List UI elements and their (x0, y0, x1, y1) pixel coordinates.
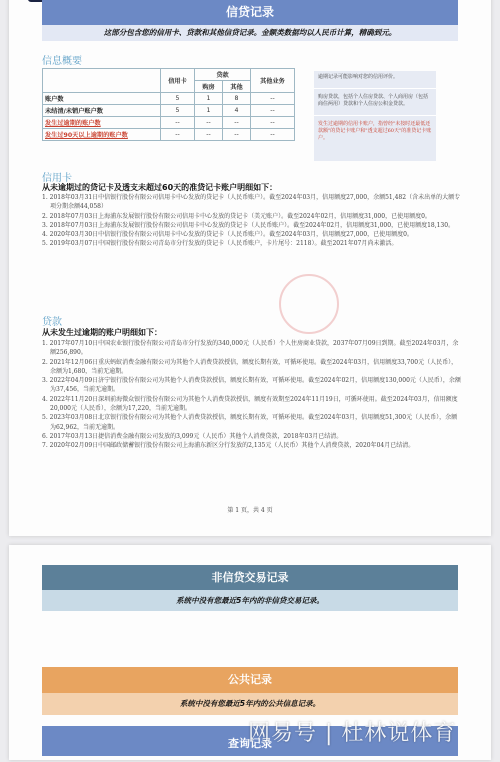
cell-other-business: -- (251, 93, 295, 105)
header-other-business: 其他业务 (251, 69, 295, 93)
divider (314, 88, 436, 89)
list-item: 6. 2017年03月13日捷信消费金融有限公司发放的3,099元（人民币）其他… (42, 432, 462, 441)
loan-heading: 贷款 (42, 313, 62, 328)
list-item: 1. 2018年03月31日中信银行股份有限公司信用卡中心发放的贷记卡（人民币账… (42, 193, 462, 212)
cell-credit-card: -- (161, 117, 195, 129)
loan-list: 1. 2017年07月10日中国农业银行股份有限公司青岛市分行发放的340,00… (42, 339, 462, 451)
cell-other-business: -- (251, 129, 295, 141)
header-housing: 购房 (195, 81, 223, 93)
non-credit-record-subtitle: 系统中没有您最近5年内的非信贷交易记录。 (42, 590, 458, 611)
table-row: 发生过90天以上逾期的账户数 -- -- -- -- (43, 129, 295, 141)
list-item: 2. 2018年07月03日上海浦东发展银行股份有限公司信用卡中心发放的贷记卡（… (42, 212, 462, 221)
note-overdue-card-definition: 发生过逾期的信用卡账户，指曾经"未按时还最低还款额"的贷记卡账户和"透支超过60… (318, 121, 432, 142)
list-item: 4. 2020年03月30日中信银行股份有限公司信用卡中心发放的贷记卡（人民币账… (42, 230, 462, 239)
loan-subheading: 从未发生过逾期的账户明细如下： (42, 327, 162, 338)
source-watermark: 网易号 | 杜林说体育 (248, 716, 456, 747)
credit-record-subtitle: 这部分包含您的信用卡、贷款和其他信贷记录。金额类数据均以人民币计算，精确到元。 (42, 25, 458, 41)
credit-card-list: 1. 2018年03月31日中信银行股份有限公司信用卡中心发放的贷记卡（人民币账… (42, 193, 462, 249)
public-record-title: 公共记录 (42, 667, 458, 693)
table-row: 发生过逾期的账户数 -- -- -- -- (43, 117, 295, 129)
overview-heading: 信息概要 (42, 52, 82, 67)
note-housing-loan: 购房贷款，包括个人住房贷款、个人商用房（包括商住两用）贷款和个人住房公积金贷款。 (318, 94, 432, 108)
cell-credit-card: -- (161, 129, 195, 141)
cell-credit-card: 5 (161, 105, 195, 117)
row-label-warning: 发生过90天以上逾期的账户数 (43, 129, 161, 141)
table-row: 账户数 5 1 8 -- (43, 93, 295, 105)
row-label: 未结清/未销户账户数 (43, 105, 161, 117)
header-loan: 贷款 (195, 69, 251, 81)
list-item: 7. 2020年02月09日中国邮政储蓄银行股份有限公司上海浦东新区分行发放的2… (42, 441, 462, 450)
cell-housing: -- (195, 129, 223, 141)
seal-watermark (279, 274, 339, 334)
overview-table: 信用卡 贷款 其他业务 购房 其他 账户数 5 1 8 -- 未结清/未销户账户… (42, 68, 295, 141)
cell-other: 8 (223, 93, 251, 105)
cell-other: -- (223, 129, 251, 141)
public-record-subtitle: 系统中没有您最近5年内的公共信息记录。 (42, 693, 458, 715)
list-item: 5. 2023年03月08日北京银行股份有限公司为其他个人消费贷款授信，额度长期… (42, 413, 462, 432)
cell-other: -- (223, 117, 251, 129)
list-item: 2. 2021年12月06日重庆蚂蚁消费金融有限公司为其他个人消费贷款授信，额度… (42, 358, 462, 377)
credit-record-title: 信贷记录 (42, 0, 458, 25)
list-item: 3. 2018年07月03日上海浦东发展银行股份有限公司信用卡中心发放的贷记卡（… (42, 221, 462, 230)
report-page-1: 信贷记录 这部分包含您的信用卡、贷款和其他信贷记录。金额类数据均以人民币计算，精… (9, 0, 491, 536)
table-row: 未结清/未销户账户数 5 1 4 -- (43, 105, 295, 117)
list-item: 1. 2017年07月10日中国农业银行股份有限公司青岛市分行发放的340,00… (42, 339, 462, 358)
cell-other: 4 (223, 105, 251, 117)
cell-other-business: -- (251, 117, 295, 129)
credit-card-subheading: 从未逾期过的贷记卡及透支未超过60天的准贷记卡账户明细如下： (42, 182, 277, 193)
divider (314, 115, 436, 116)
header-other: 其他 (223, 81, 251, 93)
row-label: 账户数 (43, 93, 161, 105)
list-item: 5. 2019年03月07日中国银行股份有限公司青岛市分行发放的贷记卡（人民币账… (42, 239, 462, 248)
overview-notes-panel: 逾期记录可能影响对您的信用评价。 购房贷款，包括个人住房贷款、个人商用房（包括商… (314, 71, 436, 161)
cell-other-business: -- (251, 105, 295, 117)
cell-housing: 1 (195, 105, 223, 117)
row-label-warning: 发生过逾期的账户数 (43, 117, 161, 129)
list-item: 3. 2022年04月09日济宁银行股份有限公司为其他个人消费贷款授信，额度长期… (42, 376, 462, 395)
cell-housing: 1 (195, 93, 223, 105)
note-overdue: 逾期记录可能影响对您的信用评价。 (318, 74, 432, 81)
cell-credit-card: 5 (161, 93, 195, 105)
header-credit-card: 信用卡 (161, 69, 195, 93)
non-credit-record-title: 非信贷交易记录 (42, 565, 458, 590)
list-item: 4. 2022年11月20日深圳前海微众银行股份有限公司为其他个人消费贷款授信，… (42, 395, 462, 414)
overview-header-blank (43, 69, 161, 93)
cell-housing: -- (195, 117, 223, 129)
page-number: 第 1 页，共 4 页 (9, 505, 491, 514)
